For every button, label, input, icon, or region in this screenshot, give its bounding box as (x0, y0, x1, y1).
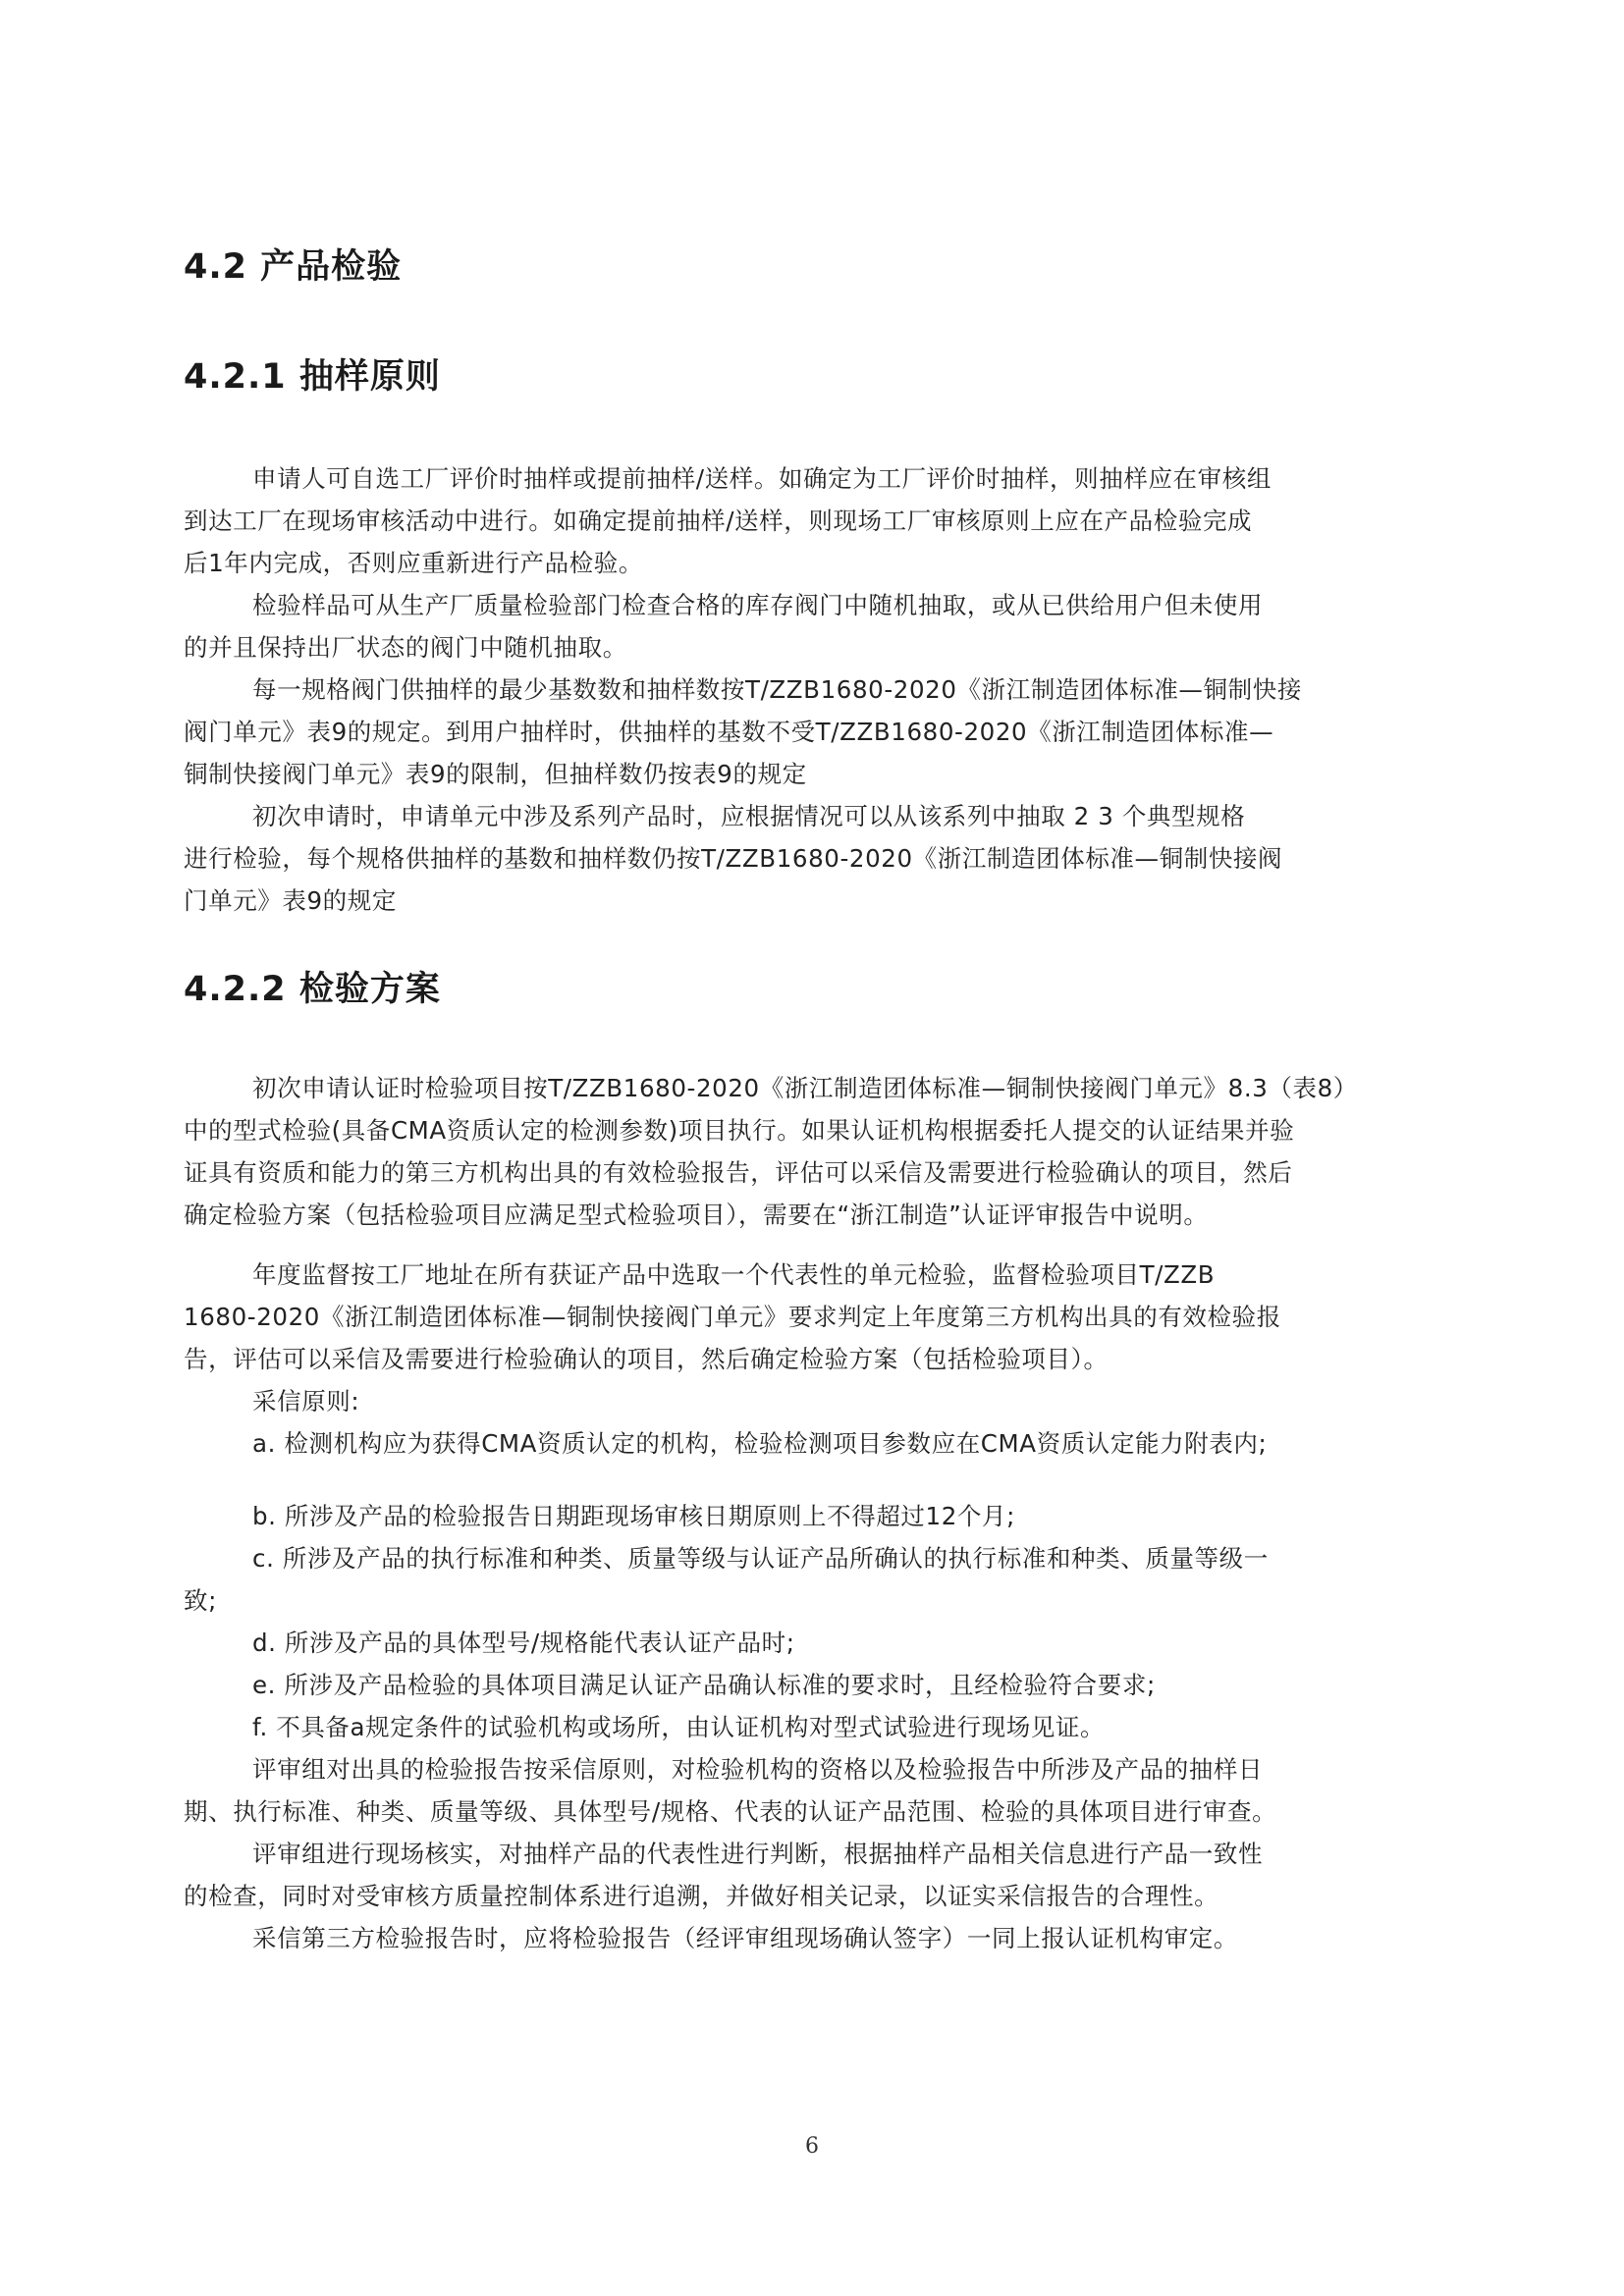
list-item-c: c. 所涉及产品的执行标准和种类、质量等级与认证产品所确认的执行标准和种类、质量… (252, 1542, 1429, 1575)
list-item-e: e. 所涉及产品检验的具体项目满足认证产品确认标准的要求时，且经检验符合要求; (252, 1669, 1429, 1702)
paragraph-line: 的检查，同时对受审核方质量控制体系进行追溯，并做好相关记录，以证实采信报告的合理… (184, 1880, 1429, 1913)
paragraph-line: 期、执行标准、种类、质量等级、具体型号/规格、代表的认证产品范围、检验的具体项目… (184, 1795, 1429, 1829)
paragraph-line: 到达工厂在现场审核活动中进行。如确定提前抽样/送样，则现场工厂审核原则上应在产品… (184, 505, 1429, 538)
list-item-c-cont: 致; (184, 1584, 1429, 1618)
paragraph-line: 证具有资质和能力的第三方机构出具的有效检验报告，评估可以采信及需要进行检验确认的… (184, 1156, 1429, 1190)
paragraph-line: 铜制快接阀门单元》表9的限制，但抽样数仍按表9的规定 (184, 758, 1429, 791)
paragraph-line: 告，评估可以采信及需要进行检验确认的项目，然后确定检验方案（包括检验项目）。 (184, 1343, 1429, 1376)
paragraph-line: 每一规格阀门供抽样的最少基数数和抽样数按T/ZZB1680-2020《浙江制造团… (252, 673, 1429, 707)
paragraph-line: 年度监督按工厂地址在所有获证产品中选取一个代表性的单元检验，监督检验项目T/ZZ… (252, 1258, 1429, 1292)
paragraph-line: 检验样品可从生产厂质量检验部门检查合格的库存阀门中随机抽取，或从已供给用户但未使… (252, 589, 1429, 622)
list-item-f: f. 不具备a规定条件的试验机构或场所，由认证机构对型式试验进行现场见证。 (252, 1711, 1429, 1744)
paragraph-line: 申请人可自选工厂评价时抽样或提前抽样/送样。如确定为工厂评价时抽样，则抽样应在审… (252, 462, 1429, 496)
section-heading-4-2: 4.2 产品检验 (184, 245, 402, 289)
paragraph-line: 初次申请时，申请单元中涉及系列产品时，应根据情况可以从该系列中抽取 2 3 个典… (252, 800, 1429, 833)
paragraph-line: 中的型式检验(具备CMA资质认定的检测参数)项目执行。如果认证机构根据委托人提交… (184, 1114, 1429, 1148)
paragraph-line: 确定检验方案（包括检验项目应满足型式检验项目），需要在“浙江制造”认证评审报告中… (184, 1199, 1429, 1232)
page-number: 6 (0, 2134, 1624, 2159)
section-heading-4-2-1: 4.2.1 抽样原则 (184, 355, 441, 399)
paragraph-line: 采信原则: (252, 1385, 1429, 1418)
paragraph-line: 进行检验，每个规格供抽样的基数和抽样数仍按T/ZZB1680-2020《浙江制造… (184, 842, 1429, 876)
paragraph-line: 评审组进行现场核实，对抽样产品的代表性进行判断，根据抽样产品相关信息进行产品一致… (252, 1838, 1429, 1871)
paragraph-line: 采信第三方检验报告时，应将检验报告（经评审组现场确认签字）一同上报认证机构审定。 (252, 1922, 1429, 1955)
document-page: 4.2 产品检验 4.2.1 抽样原则 申请人可自选工厂评价时抽样或提前抽样/送… (0, 0, 1624, 2296)
paragraph-line: 门单元》表9的规定 (184, 884, 1429, 918)
list-item-b: b. 所涉及产品的检验报告日期距现场审核日期原则上不得超过12个月; (252, 1500, 1429, 1533)
list-item-d: d. 所涉及产品的具体型号/规格能代表认证产品时; (252, 1627, 1429, 1660)
paragraph-line: 后1年内完成，否则应重新进行产品检验。 (184, 547, 1429, 580)
paragraph-line: 初次申请认证时检验项目按T/ZZB1680-2020《浙江制造团体标准—铜制快接… (252, 1072, 1429, 1105)
paragraph-line: 1680-2020《浙江制造团体标准—铜制快接阀门单元》要求判定上年度第三方机构… (184, 1301, 1429, 1334)
paragraph-line: 的并且保持出厂状态的阀门中随机抽取。 (184, 631, 1429, 665)
section-heading-4-2-2: 4.2.2 检验方案 (184, 968, 441, 1011)
paragraph-line: 阀门单元》表9的规定。到用户抽样时，供抽样的基数不受T/ZZB1680-2020… (184, 716, 1429, 749)
list-item-a: a. 检测机构应为获得CMA资质认定的机构，检验检测项目参数应在CMA资质认定能… (252, 1427, 1429, 1461)
paragraph-line: 评审组对出具的检验报告按采信原则，对检验机构的资格以及检验报告中所涉及产品的抽样… (252, 1753, 1429, 1787)
